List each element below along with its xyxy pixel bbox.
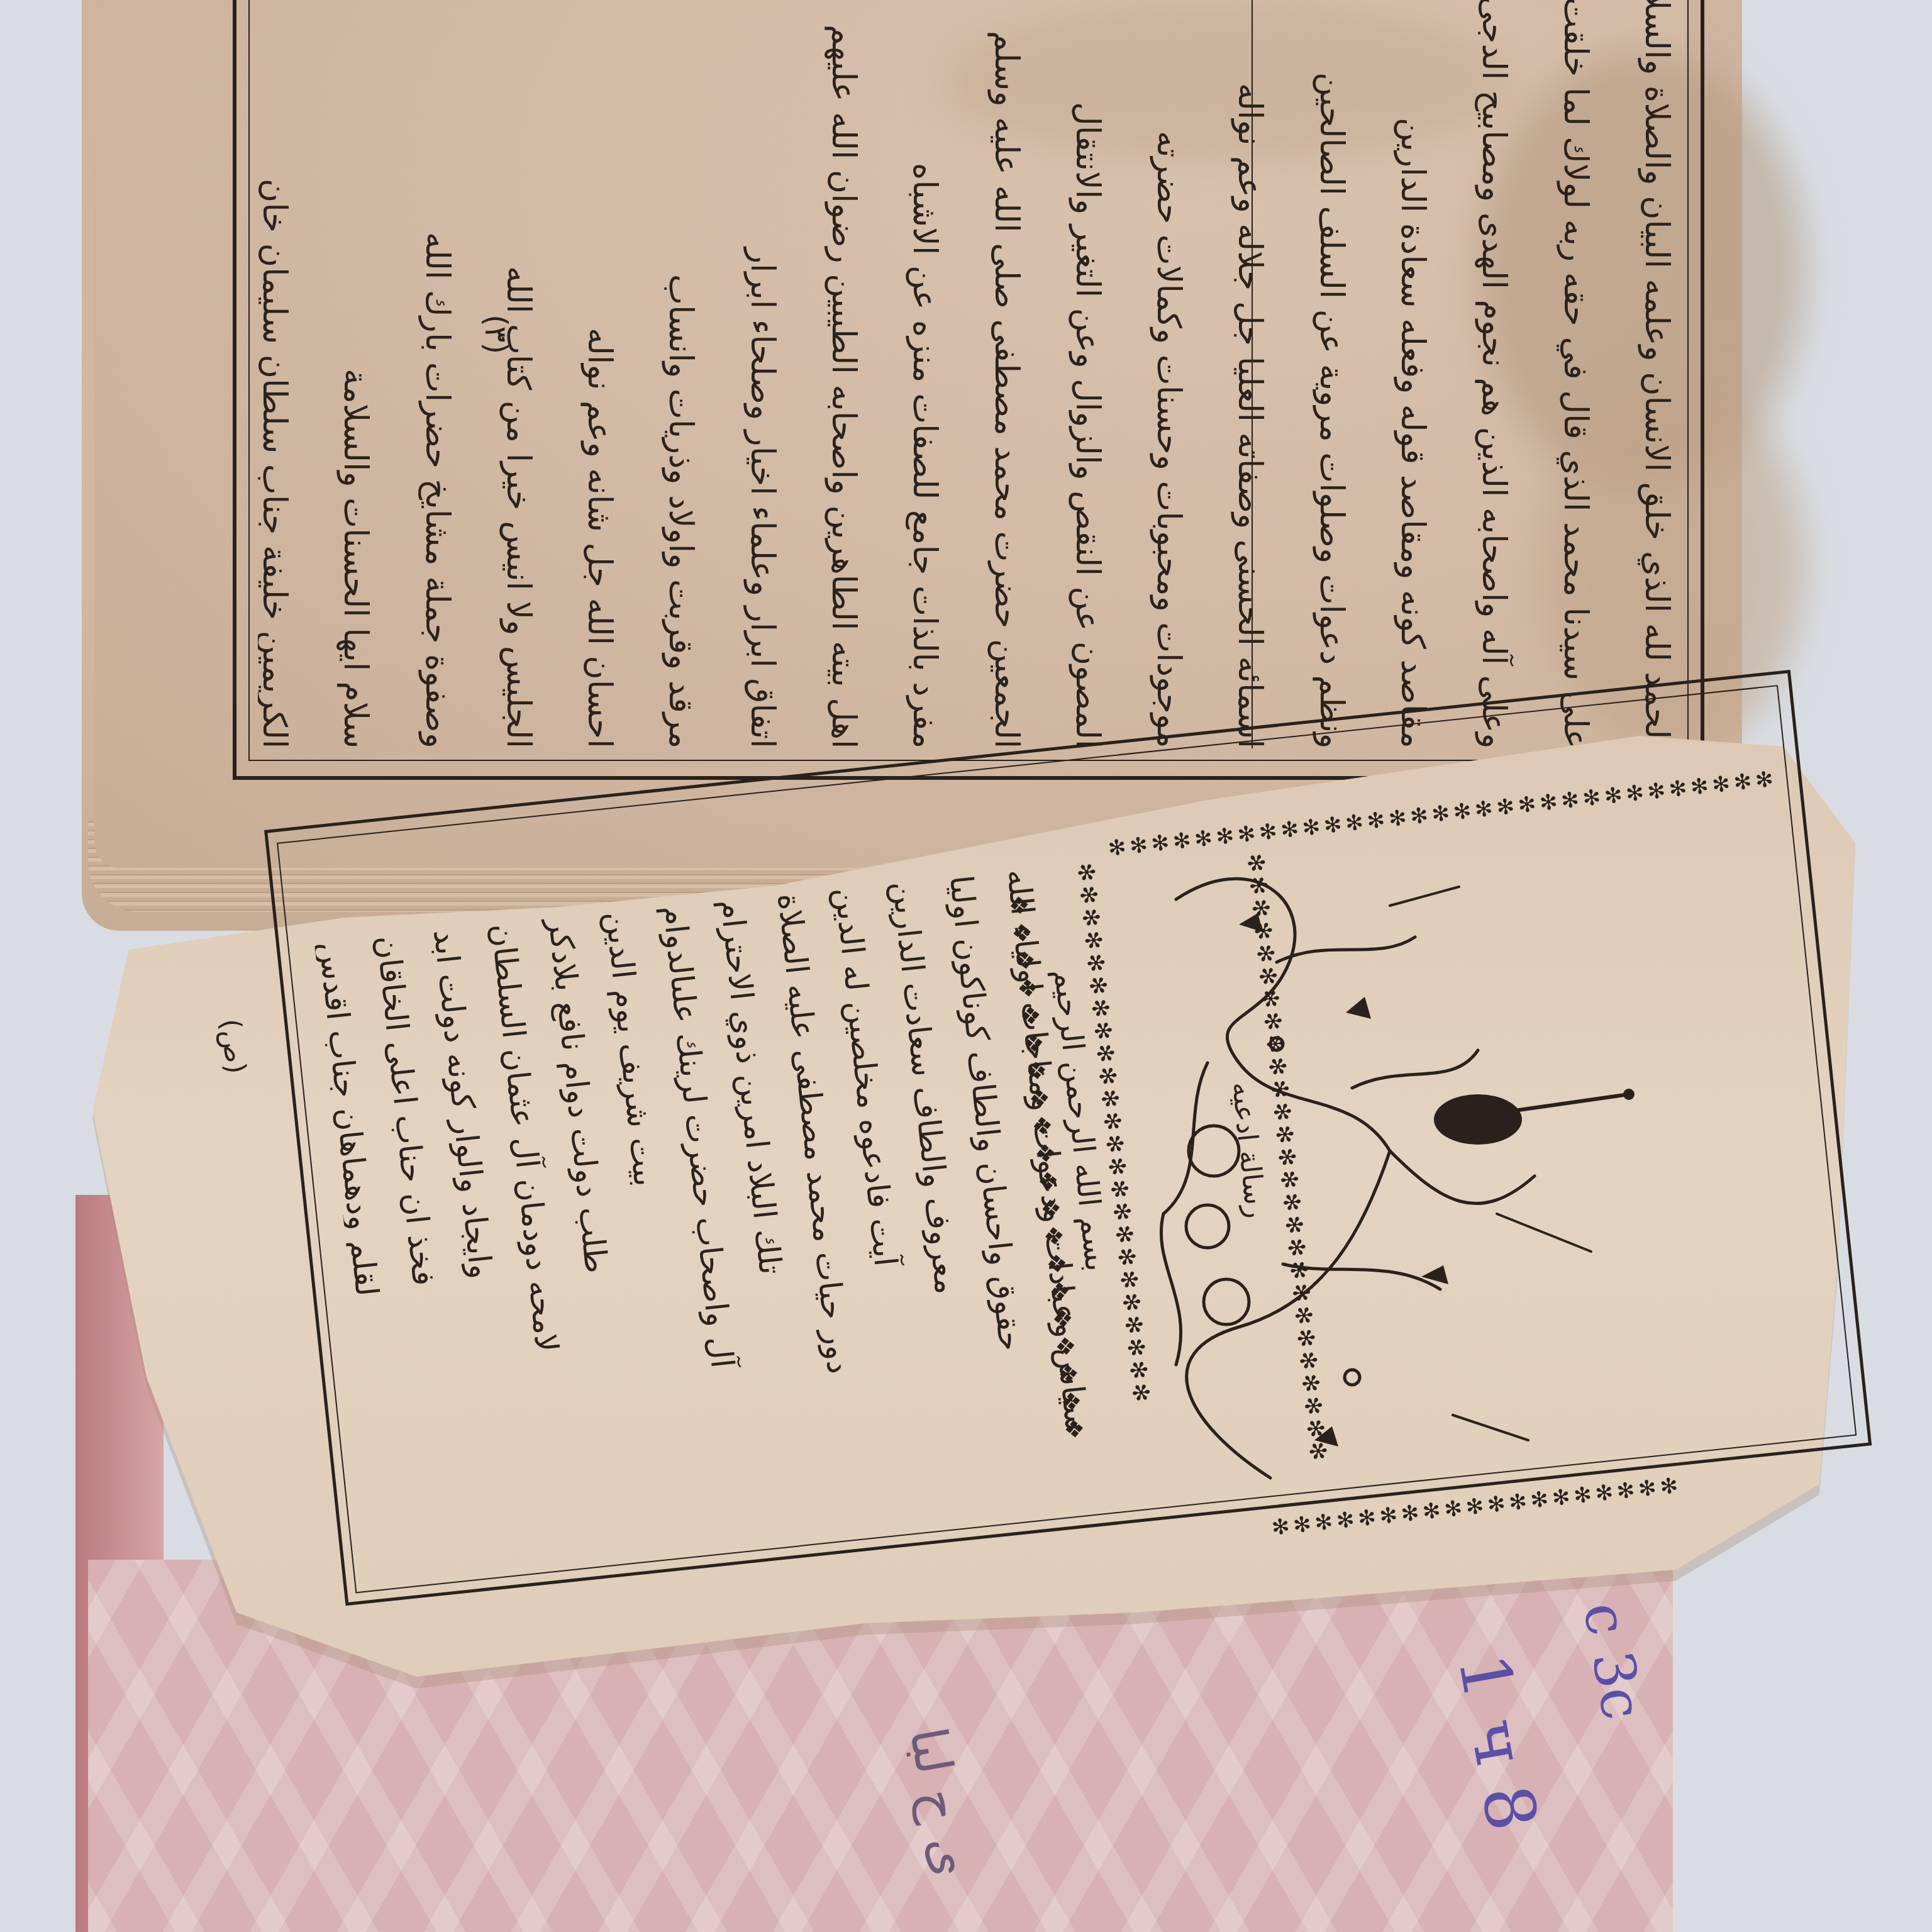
text-line: موجودات ومحبوبات وحسنات وكمالات حضرته <box>1152 0 1185 748</box>
text-line: مقاصد كونه ومقاصد قوله وفعله سعادة الدار… <box>1396 0 1429 748</box>
text-line: اتفاق ابرار وعلماء اخيار وصلحاء ابرار <box>746 0 779 748</box>
text-line: المصون عن النقص والزوال وعن التغير والان… <box>1071 0 1104 748</box>
upper-page-text-block: الحمد لله الذي خلق الانسان وعلمه البيان … <box>258 0 1673 748</box>
text-line: سلام ايها الحسنات والسلامة <box>339 0 372 748</box>
text-line: مرقد وقربت واولاد وذريات وانساب <box>664 0 697 748</box>
text-line: الكريمين خليفة جناب سلطان سليمان خان <box>258 0 291 748</box>
text-line: ونظم دعوات وصلوات مروية عن السلف الصالحي… <box>1315 0 1348 748</box>
text-line: وعلى آله واصحابه الذين هم نجوم الهدى ومص… <box>1477 0 1510 748</box>
text-line: اهل بيته الطاهرين واصحابه الطيبين رضوان … <box>827 0 860 748</box>
upper-page-number: (٣) <box>478 314 513 354</box>
text-line: الجليس ولا انيس خيرا من كتاب الله <box>502 0 535 748</box>
floral-headpiece-ornament <box>1126 824 1641 1516</box>
lower-page-text-block: سياس وعبادات ودعوات ومناجات اولياء الله … <box>314 868 1106 1631</box>
text-line: اسمائه الحسنى وصفاته العليا جل جلاله وعم… <box>1233 0 1266 748</box>
lower-page-number: (ص) <box>214 1018 252 1075</box>
text-line: الحمد لله الذي خلق الانسان وعلمه البيان … <box>1640 0 1673 748</box>
text-line: مفرد بالذات جامع للصفات منزه عن الاشباه <box>908 0 941 748</box>
text-line: وصفوة جملة مشايخ حضرات بارك الله <box>421 0 453 748</box>
text-line: على سيدنا محمد الذي قال في حقه ربه لولاك… <box>1559 0 1592 748</box>
text-line: احسان الله جل شانه وعم نواله <box>583 0 616 748</box>
text-line: الجمعين حضرت محمد مصطفى صلى الله عليه وس… <box>990 0 1023 748</box>
